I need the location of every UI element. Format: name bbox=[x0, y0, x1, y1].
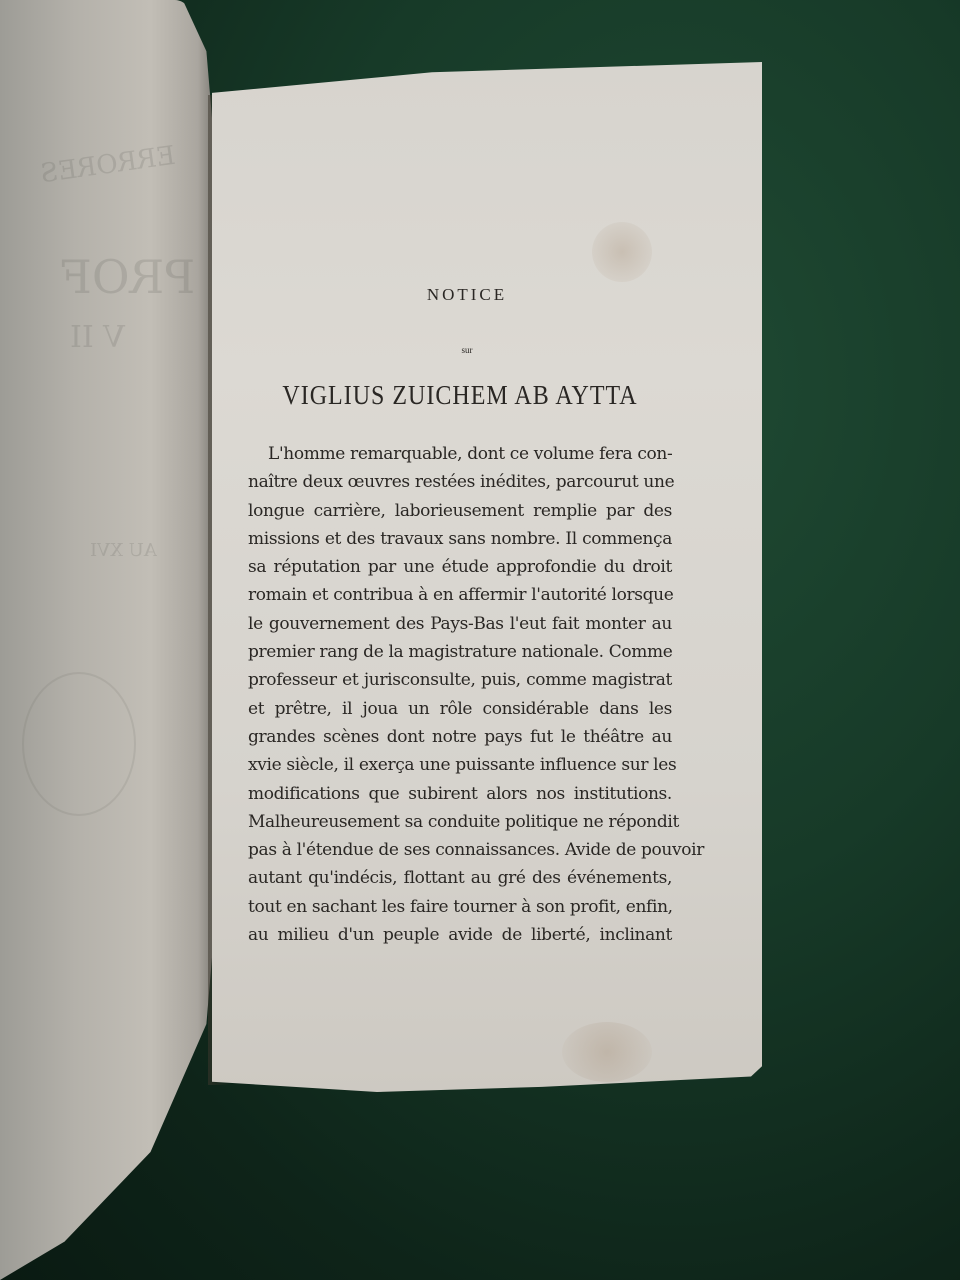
text-line: sa réputation par une étude approfondie … bbox=[248, 553, 672, 581]
text-line: Malheureusement sa conduite politique ne… bbox=[248, 808, 672, 836]
text-line: grandes scènes dont notre pays fut le th… bbox=[248, 723, 672, 751]
text-line: xvie siècle, il exerça une puissante inf… bbox=[248, 751, 672, 779]
show-through-text: PROF bbox=[60, 250, 195, 304]
left-page: ERRORES PROF V II AU XVI bbox=[0, 0, 215, 1280]
photo-scene: ERRORES PROF V II AU XVI NOTICE sur VIGL… bbox=[0, 0, 960, 1280]
text-line: romain et contribua à en affermir l'auto… bbox=[248, 581, 672, 609]
text-line: premier rang de la magistrature national… bbox=[248, 638, 672, 666]
show-through-stamp bbox=[22, 672, 136, 816]
body-text: L'homme remarquable, dont ce volume fera… bbox=[248, 440, 672, 949]
text-line: professeur et jurisconsulte, puis, comme… bbox=[248, 666, 672, 694]
notice-heading: NOTICE bbox=[248, 285, 672, 305]
text-line: longue carrière, laborieusement remplie … bbox=[248, 497, 672, 525]
text-line: pas à l'étendue de ses connaissances. Av… bbox=[248, 836, 672, 864]
text-line: naître deux œuvres restées inédites, par… bbox=[248, 468, 672, 496]
text-line: missions et des travaux sans nombre. Il … bbox=[248, 525, 672, 553]
notice-sub-heading: sur bbox=[248, 345, 672, 355]
text-line: autant qu'indécis, flottant au gré des é… bbox=[248, 864, 672, 892]
page-stain bbox=[562, 1022, 652, 1082]
show-through-text: ERRORES bbox=[39, 141, 178, 190]
text-line: et prêtre, il joua un rôle considérable … bbox=[248, 695, 672, 723]
page-content: NOTICE sur VIGLIUS ZUICHEM AB AYTTA L'ho… bbox=[248, 285, 672, 949]
show-through-text: AU XVI bbox=[90, 540, 157, 561]
text-line: modifications que subirent alors nos ins… bbox=[248, 780, 672, 808]
text-line: au milieu d'un peuple avide de liberté, … bbox=[248, 921, 672, 949]
text-line: L'homme remarquable, dont ce volume fera… bbox=[248, 440, 672, 468]
notice-subject: VIGLIUS ZUICHEM AB AYTTA bbox=[248, 381, 672, 412]
show-through-text: V II bbox=[70, 320, 125, 355]
text-line: tout en sachant les faire tourner à son … bbox=[248, 893, 672, 921]
text-line: le gouvernement des Pays-Bas l'eut fait … bbox=[248, 610, 672, 638]
page-stain bbox=[592, 222, 652, 282]
